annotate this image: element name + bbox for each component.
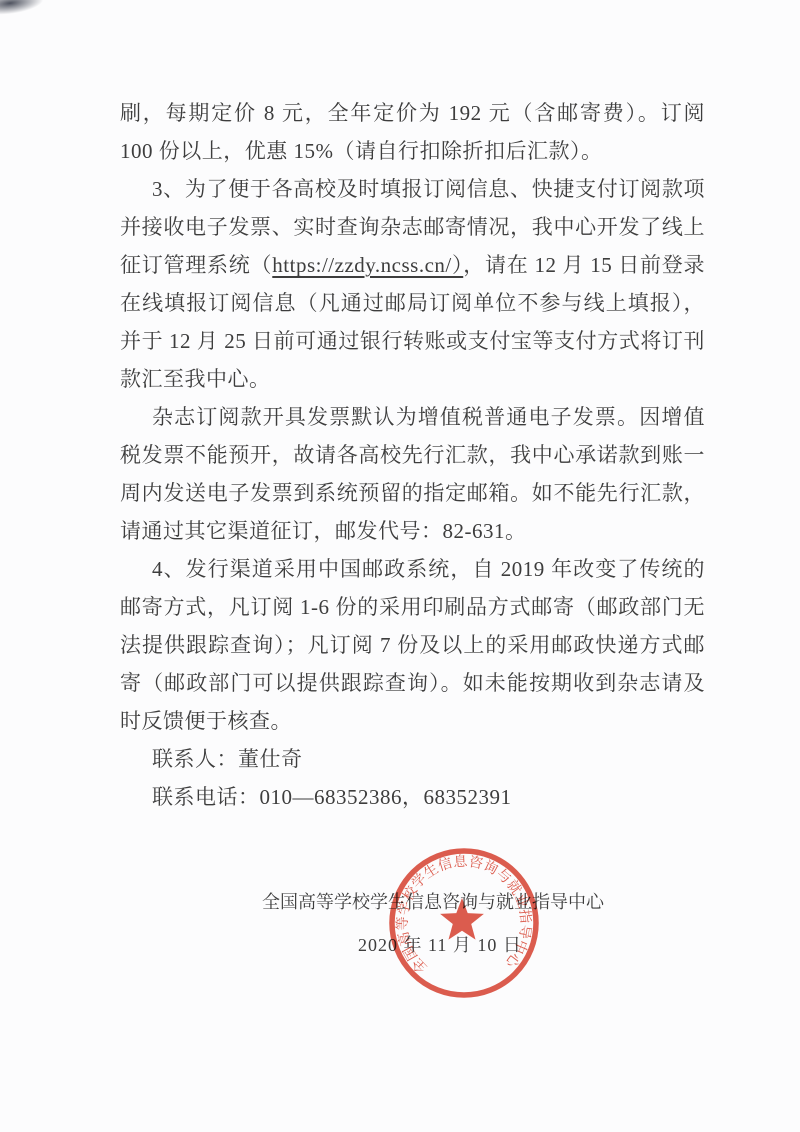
subscription-system-link[interactable]: https://zzdy.ncss.cn/） xyxy=(272,253,463,277)
paragraph-item4: 4、发行渠道采用中国邮政系统，自 2019 年改变了传统的邮寄方式，凡订阅 1-… xyxy=(120,550,705,740)
paragraph-pricing: 刷，每期定价 8 元，全年定价为 192 元（含邮寄费）。订阅 100 份以上，… xyxy=(120,94,705,170)
seal-star-icon xyxy=(440,898,484,940)
contact-phone-line: 联系电话：010—68352386，68352391 xyxy=(120,778,705,816)
contact-person-line: 联系人：董仕奇 xyxy=(120,740,705,778)
letter-body: 刷，每期定价 8 元，全年定价为 192 元（含邮寄费）。订阅 100 份以上，… xyxy=(120,94,705,816)
scan-artifact xyxy=(0,0,45,16)
official-seal: 全国高等学校学生信息咨询与就业指导中心 xyxy=(374,833,554,1013)
paragraph-item3: 3、为了便于各高校及时填报订阅信息、快捷支付订阅款项并接收电子发票、实时查询杂志… xyxy=(120,170,705,398)
document-page: 刷，每期定价 8 元，全年定价为 192 元（含邮寄费）。订阅 100 份以上，… xyxy=(0,0,800,1132)
paragraph-invoice: 杂志订阅款开具发票默认为增值税普通电子发票。因增值税发票不能预开，故请各高校先行… xyxy=(120,398,705,550)
